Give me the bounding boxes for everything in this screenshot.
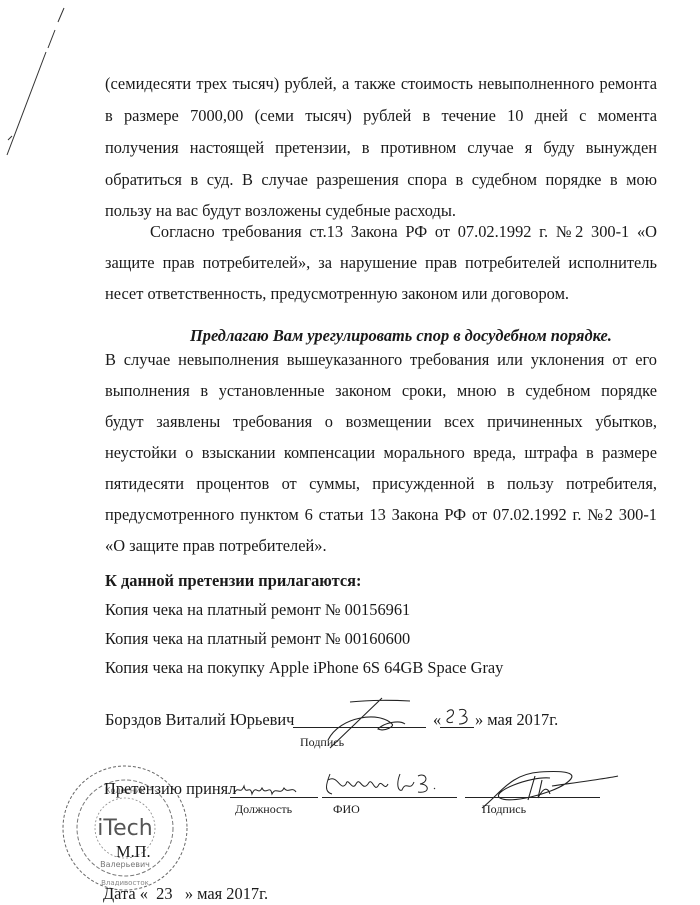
claimant-name: Борздов Виталий Юрьевич (105, 710, 305, 730)
claimant-date: » мая 2017г. (475, 710, 595, 730)
svg-text:iTech: iTech (97, 816, 152, 841)
attachment-item: Копия чека на покупку Apple iPhone 6S 64… (105, 658, 657, 678)
attachments-heading: К данной претензии прилагаются: (105, 571, 657, 591)
text-line: обратиться в суд. В случае разрешения сп… (105, 170, 657, 190)
handwritten-fio (322, 770, 442, 798)
claimant-signature-icon (300, 696, 420, 756)
attachment-item: Копия чека на платный ремонт № 00160600 (105, 629, 657, 649)
stamp-place-label: М.П. (116, 842, 156, 862)
text-line: получения настоящей претензии, в противн… (105, 138, 657, 158)
text-line: «О защите прав потребителей». (105, 536, 657, 556)
text-line: защите прав потребителей», за нарушение … (105, 253, 657, 273)
text-line: несет ответственность, предусмотренную з… (105, 284, 657, 304)
position-label: Должность (235, 799, 315, 819)
handwritten-position (232, 780, 312, 800)
text-line: пользу на вас будут возложены судебные р… (105, 201, 657, 221)
text-line: пятидесяти процентов от суммы, присужден… (105, 474, 657, 494)
receiver-date: Дата « 23 » мая 2017г. (103, 884, 303, 904)
receiver-label: Претензию принял (104, 779, 244, 799)
document-page: (семидесяти трех тысяч) рублей, а также … (0, 0, 700, 905)
pen-mark-margin (0, 0, 80, 170)
text-line: В случае невыполнения вышеуказанного тре… (105, 350, 657, 370)
handwritten-day-23 (443, 706, 475, 728)
text-line: неустойки о взыскании компенсации мораль… (105, 443, 657, 463)
text-line: будут заявлены требования о возмещении в… (105, 412, 657, 432)
text-line: (семидесяти трех тысяч) рублей, а также … (105, 74, 657, 94)
attachment-item: Копия чека на платный ремонт № 00156961 (105, 600, 657, 620)
proposal-heading: Предлагаю Вам урегулировать спор в досуд… (190, 326, 660, 346)
text-line: выполнения в установленные законом сроки… (105, 381, 657, 401)
text-line: Согласно требования ст.13 Закона РФ от 0… (150, 222, 657, 242)
text-line: предусмотренного пунктом 6 статьи 13 Зак… (105, 505, 657, 525)
fio-label: ФИО (333, 799, 373, 819)
text-line: в размере 7000,00 (семи тысяч) рублей в … (105, 106, 657, 126)
receiver-signature-label: Подпись (482, 799, 542, 819)
